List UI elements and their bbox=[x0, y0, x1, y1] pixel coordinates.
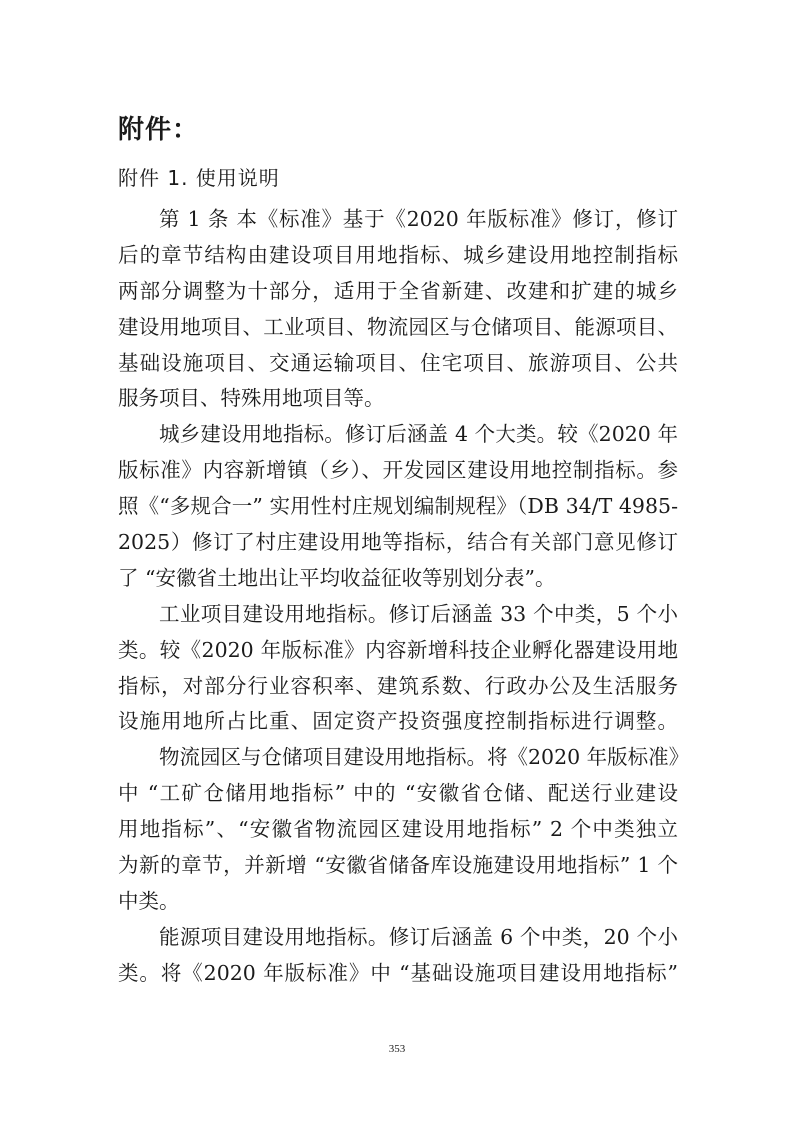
text-line: 建设用地项目、工业项目、物流园区与仓储项目、能源项目、 bbox=[118, 310, 678, 346]
text-line: 2025）修订了村庄建设用地等指标，结合有关部门意见修订 bbox=[118, 525, 678, 561]
text-line: 物流园区与仓储项目建设用地指标。将《2020 年版标准》 bbox=[118, 740, 678, 776]
text-line: 类。较《2020 年版标准》内容新增科技企业孵化器建设用地 bbox=[118, 633, 678, 669]
text-line: 工业项目建设用地指标。修订后涵盖 33 个中类，5 个小 bbox=[118, 597, 678, 633]
text-line: 类。将《2020 年版标准》中 “基础设施项目建设用地指标” bbox=[118, 956, 678, 992]
document-page: 附件： 附件 1. 使用说明 第 1 条 本《标准》基于《2020 年版标准》修… bbox=[0, 0, 794, 1122]
text-line: 为新的章节，并新增 “安徽省储备库设施建设用地指标” 1 个 bbox=[118, 848, 678, 884]
attachment-1-title: 附件 1. 使用说明 bbox=[118, 162, 280, 194]
text-line: 第 1 条 本《标准》基于《2020 年版标准》修订，修订 bbox=[118, 202, 678, 238]
text-line: 照《“多规合一” 实用性村庄规划编制规程》（DB 34/T 4985- bbox=[118, 489, 678, 525]
text-line: 能源项目建设用地指标。修订后涵盖 6 个中类，20 个小 bbox=[118, 920, 678, 956]
body-text: 第 1 条 本《标准》基于《2020 年版标准》修订，修订后的章节结构由建设项目… bbox=[118, 202, 678, 992]
page-number: 353 bbox=[0, 1043, 794, 1055]
text-line: 了 “安徽省土地出让平均收益征收等别划分表”。 bbox=[118, 561, 678, 597]
text-line: 两部分调整为十部分，适用于全省新建、改建和扩建的城乡 bbox=[118, 274, 678, 310]
text-line: 设施用地所占比重、固定资产投资强度控制指标进行调整。 bbox=[118, 704, 678, 740]
text-line: 中 “工矿仓储用地指标” 中的 “安徽省仓储、配送行业建设 bbox=[118, 776, 678, 812]
text-line: 服务项目、特殊用地项目等。 bbox=[118, 381, 678, 417]
text-line: 指标，对部分行业容积率、建筑系数、行政办公及生活服务 bbox=[118, 669, 678, 705]
text-line: 用地指标”、“安徽省物流园区建设用地指标” 2 个中类独立 bbox=[118, 812, 678, 848]
text-line: 后的章节结构由建设项目用地指标、城乡建设用地控制指标 bbox=[118, 238, 678, 274]
text-line: 版标准》内容新增镇（乡）、开发园区建设用地控制指标。参 bbox=[118, 453, 678, 489]
text-line: 中类。 bbox=[118, 884, 678, 920]
attachment-heading: 附件： bbox=[118, 110, 199, 150]
text-line: 基础设施项目、交通运输项目、住宅项目、旅游项目、公共 bbox=[118, 346, 678, 382]
text-line: 城乡建设用地指标。修订后涵盖 4 个大类。较《2020 年 bbox=[118, 417, 678, 453]
